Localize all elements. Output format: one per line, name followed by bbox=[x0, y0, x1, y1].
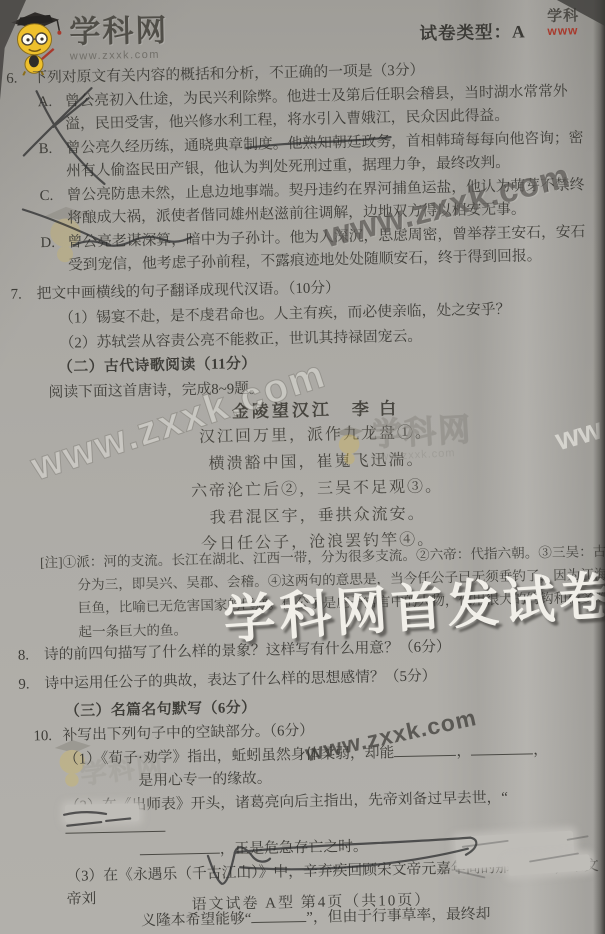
option-c-text: 曾公亮防患未然，止息边地事端。契丹违约在界河捕鱼运盐，他认为萌芽不禁终将酿成大祸… bbox=[66, 177, 584, 226]
logo-url: www.zxxk.com bbox=[70, 49, 169, 63]
q10-item-2-post: ，正是危急存亡之时。 bbox=[220, 839, 368, 858]
poem-title: 金陵望汉江 bbox=[232, 400, 332, 421]
question-10-text: 补写出下列句子中的空缺部分。（6分） bbox=[62, 723, 314, 744]
option-a-label: A. bbox=[38, 91, 65, 115]
paper-type-label: 试卷类型：A bbox=[419, 18, 526, 45]
corner-watermark-line2: www bbox=[547, 23, 579, 39]
scanned-exam-page: 学科网 www.zxxk.com 试卷类型：A 学科 www 6.下列对原文有关… bbox=[0, 0, 605, 934]
option-d-label: D. bbox=[40, 232, 67, 256]
ghost-logo-mascot-icon bbox=[331, 418, 368, 472]
q10-item-1-pre: （1）《荀子·劝学》指出，蚯蚓虽然身体柔弱，却能 bbox=[64, 745, 395, 768]
ghost-logo-title: 学科网 bbox=[369, 412, 473, 452]
option-c-label: C. bbox=[39, 185, 66, 209]
question-8-number: 8. bbox=[18, 644, 44, 668]
whiteout-patch bbox=[65, 803, 139, 822]
scan-edge-right bbox=[593, 0, 605, 934]
option-a-text: 曾公亮初入仕途，为民兴利除弊。他进士及第后任职会稽县，当时湖水常常外溢，民田受害… bbox=[65, 84, 568, 133]
corner-watermark: 学科 www bbox=[547, 8, 580, 39]
blank-line bbox=[394, 742, 456, 757]
logo-title: 学科网 bbox=[69, 15, 169, 49]
option-b-label: B. bbox=[38, 138, 65, 162]
q10-item-1-sep: ， bbox=[456, 744, 471, 760]
option-d-text: 曾公亮老谋深算，暗中为子孙计。他为人深沉，思虑周密，曾举荐王安石，安石受到宠信，… bbox=[67, 224, 585, 273]
question-9-number: 9. bbox=[18, 673, 44, 697]
blank-line bbox=[471, 740, 533, 755]
question-6: 6.下列对原文有关内容的概括和分析，不正确的一项是（3分） A.曾公亮初入仕途，… bbox=[6, 56, 590, 279]
blank-line bbox=[140, 840, 220, 856]
poem: 金陵望汉江 李 白 汉江回万里，派作九龙盘①。 横溃豁中国，崔嵬飞迅湍。 六帝沦… bbox=[13, 393, 605, 562]
question-10-number: 10. bbox=[33, 725, 62, 749]
q10-item-1-end: ， bbox=[533, 742, 548, 758]
question-7-text: 把文中画横线的句子翻译成现代汉语。（10分） bbox=[36, 280, 340, 302]
question-8-text: 诗的前四句描写了什么样的景象？这样写有什么用意？（6分） bbox=[44, 639, 451, 663]
corner-watermark-line1: 学科 bbox=[547, 8, 579, 24]
ghost-logo: 学科网 www.zxxk.com bbox=[331, 412, 474, 472]
option-b-text: 曾公亮久经历练，通晓典章制度。他熟知朝廷政务，首相韩琦每每向他咨询；密州有人偷盗… bbox=[66, 130, 584, 179]
poem-note: [注]①派：河的支流。长江在湖北、江西一带，分为很多支流。②六帝：代指六朝。③三… bbox=[16, 539, 605, 645]
question-6-text: 下列对原文有关内容的概括和分析，不正确的一项是（3分） bbox=[32, 62, 424, 86]
page-tilt-wrapper: 学科网 www.zxxk.com 试卷类型：A 学科 www 6.下列对原文有关… bbox=[0, 0, 605, 934]
question-9-text: 诗中运用任公子的典故，表达了什么样的思想感情？（5分） bbox=[44, 668, 436, 692]
question-7: 7.把文中画横线的句子翻译成现代汉语。（10分） （1）锡宴不赴，是不虔君命也。… bbox=[10, 272, 591, 357]
question-7-number: 7. bbox=[10, 283, 36, 307]
logo-text: 学科网 www.zxxk.com bbox=[69, 15, 169, 63]
question-6-number: 6. bbox=[6, 67, 32, 91]
